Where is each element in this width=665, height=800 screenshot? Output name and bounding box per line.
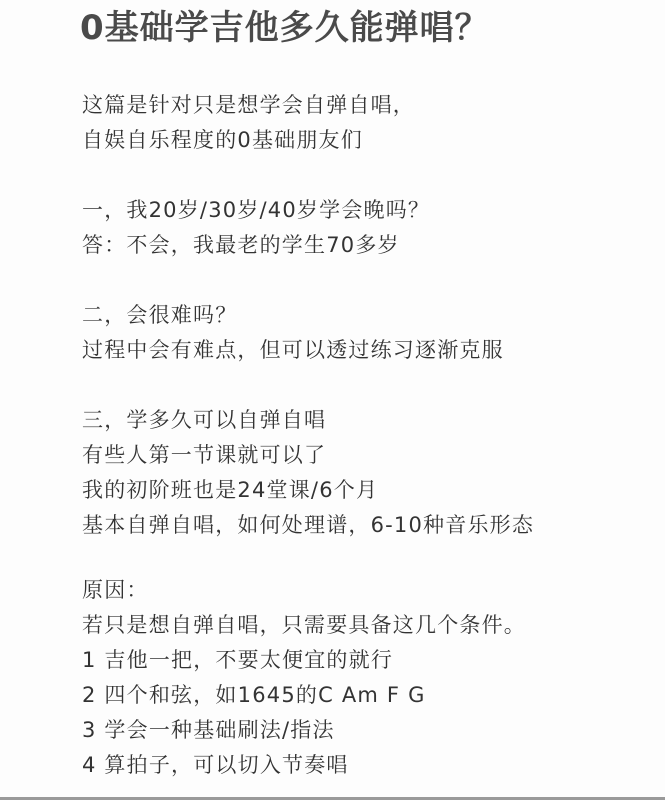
section-3-answer-2: 我的初阶班也是24堂课/6个月 bbox=[82, 475, 378, 505]
reasons-heading: 原因： bbox=[82, 575, 149, 605]
reason-item-3: 3 学会一种基础刷法/指法 bbox=[82, 715, 335, 745]
page-title: 0基础学吉他多久能弹唱？ bbox=[80, 6, 490, 50]
intro-line-2: 自娱自乐程度的0基础朋友们 bbox=[82, 125, 363, 155]
reason-item-2: 2 四个和弦，如1645的C Am F G bbox=[82, 680, 426, 710]
reasons-lead: 若只是想自弹自唱，只需要具备这几个条件。 bbox=[82, 610, 526, 640]
reason-item-4: 4 算拍子，可以切入节奏唱 bbox=[82, 750, 349, 780]
section-3-answer-3: 基本自弹自唱，如何处理谱，6-10种音乐形态 bbox=[82, 510, 534, 540]
section-3-question: 三，学多久可以自弹自唱 bbox=[82, 405, 326, 435]
document-page: 0基础学吉他多久能弹唱？ 这篇是针对只是想学会自弹自唱， 自娱自乐程度的0基础朋… bbox=[0, 0, 665, 797]
intro-line-1: 这篇是针对只是想学会自弹自唱， bbox=[82, 90, 415, 120]
section-2-answer: 过程中会有难点，但可以透过练习逐渐克服 bbox=[82, 335, 504, 365]
section-3-answer-1: 有些人第一节课就可以了 bbox=[82, 440, 326, 470]
section-1-answer: 答：不会，我最老的学生70多岁 bbox=[82, 230, 400, 260]
reason-item-1: 1 吉他一把，不要太便宜的就行 bbox=[82, 645, 393, 675]
section-1-question: 一，我20岁/30岁/40岁学会晚吗？ bbox=[82, 195, 430, 225]
section-2-question: 二，会很难吗？ bbox=[82, 300, 237, 330]
